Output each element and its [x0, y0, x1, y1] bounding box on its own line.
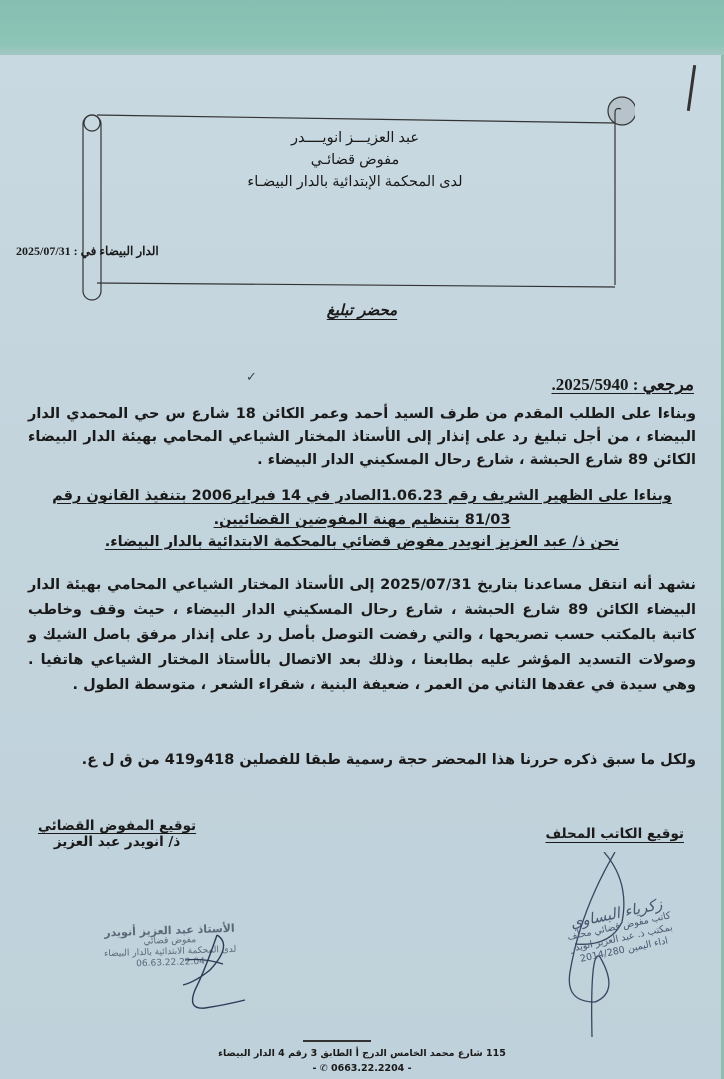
- footer-phone: - ✆ 0663.22.2204 -: [0, 1061, 724, 1076]
- testimony-paragraph: نشهد أنه انتقل مساعدنا بتاريخ 2025/07/31…: [28, 573, 696, 698]
- document-title: محضر تبليغ: [327, 301, 397, 319]
- letterhead-scroll: عبد العزيـــز انويــــدر مفوض قضائـي لدى…: [75, 85, 635, 305]
- court-name: لدى المحكمة الإبتدائية بالدار البيضـاء: [115, 171, 595, 193]
- city-date-label: الدار البيضاء في :: [74, 244, 159, 258]
- reference-value: 2025/5940.: [551, 375, 628, 394]
- checkmark-icon: ✓: [246, 370, 257, 385]
- identity-paragraph: نحن ذ/ عبد العزيز انويدر مفوض قضائي بالم…: [28, 534, 696, 550]
- city-date: الدار البيضاء في : 2025/07/31: [16, 244, 159, 259]
- scroll-banner-icon: [75, 85, 635, 305]
- clerk-signature-label: توقيع الكاتب المحلف: [545, 826, 684, 842]
- city-date-value: 2025/07/31: [16, 244, 71, 258]
- letterhead-text: عبد العزيـــز انويــــدر مفوض قضائـي لدى…: [115, 127, 595, 193]
- bailiff-signature-block: توقيع المفوض القضائي ذ/ انويدر عبد العزي…: [38, 818, 196, 850]
- legal-basis-paragraph: وبناءا على الظهير الشريف رقم 1.06.23الصا…: [28, 484, 696, 532]
- bailiff-name: عبد العزيـــز انويــــدر: [115, 127, 595, 149]
- footer-rule: [303, 1040, 371, 1042]
- bailiff-signature-name: ذ/ انويدر عبد العزيز: [38, 834, 196, 850]
- document-title-container: محضر تبليغ: [0, 300, 724, 319]
- footer-address: 115 شارع محمد الخامس الدرج أ الطابق 3 رق…: [0, 1046, 724, 1061]
- bailiff-title: مفوض قضائـي: [115, 149, 595, 171]
- request-paragraph: وبناءا على الطلب المقدم من طرف السيد أحم…: [28, 403, 696, 472]
- footer: 115 شارع محمد الخامس الدرج أ الطابق 3 رق…: [0, 1040, 724, 1076]
- bailiff-signature-label: توقيع المفوض القضائي: [38, 818, 196, 834]
- background-surface: [0, 0, 724, 55]
- closing-paragraph: ولكل ما سبق ذكره حررنا هذا المحضر حجة رس…: [28, 752, 696, 768]
- reference-label: مرجعي :: [633, 375, 694, 394]
- bailiff-signature-icon: [175, 930, 255, 1015]
- reference: مرجعي : 2025/5940.: [551, 375, 694, 395]
